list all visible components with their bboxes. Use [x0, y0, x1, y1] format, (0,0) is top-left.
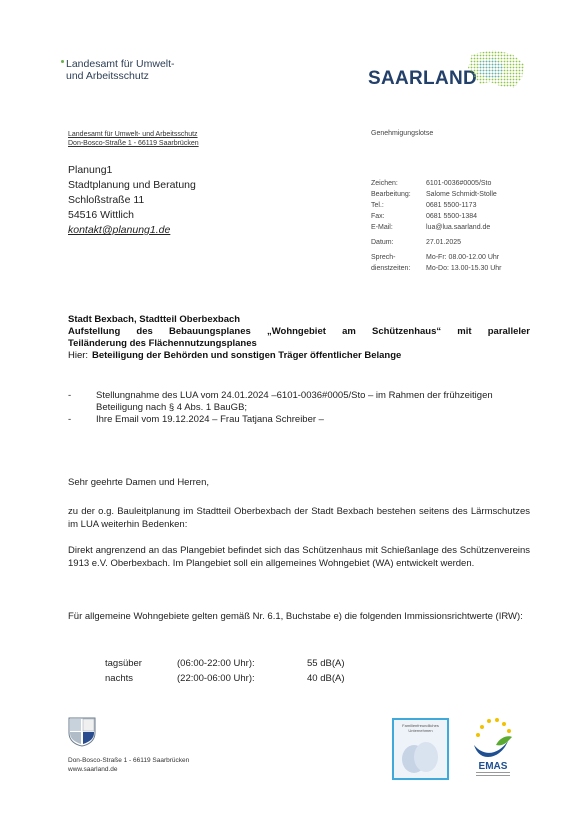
info-value: Mo-Fr: 08.00-12.00 Uhr: [426, 248, 501, 263]
info-label: Zeichen:: [371, 178, 426, 189]
subject-line-2: Aufstellung des Bebauungsplanes „Wohngeb…: [68, 326, 530, 338]
logo-dot-icon: [61, 60, 64, 63]
reference-item: - Ihre Email vom 19.12.2024 – Frau Tatja…: [68, 414, 530, 426]
info-label: Datum:: [371, 233, 426, 248]
recipient-line: Planung1: [68, 163, 196, 178]
info-value: 0681 5500-1384: [426, 211, 501, 222]
info-value: 27.01.2025: [426, 233, 501, 248]
limit-period: tagsüber: [105, 657, 175, 670]
reference-text: Stellungnahme des LUA vom 24.01.2024 –61…: [96, 390, 530, 414]
recipient-address: Planung1 Stadtplanung und Beratung Schlo…: [68, 163, 196, 238]
sender-return-address: Landesamt für Umwelt- und Arbeitsschutz …: [68, 130, 199, 148]
contact-info-block: Zeichen:6101-0036#0005/Sto Bearbeitung:S…: [371, 178, 501, 274]
info-label: Sprech-: [371, 248, 426, 263]
footer-website-link[interactable]: www.saarland.de: [68, 765, 189, 774]
footer-street: Don-Bosco-Straße 1 - 66119 Saarbrücken: [68, 756, 189, 765]
info-row: Tel.:0681 5500-1173: [371, 200, 501, 211]
info-label: E-Mail:: [371, 222, 426, 233]
faces-silhouette-icon: [394, 733, 447, 773]
body-paragraph-3: Für allgemeine Wohngebiete gelten gemäß …: [68, 611, 530, 624]
info-row: Datum:27.01.2025: [371, 233, 501, 248]
reference-label: Genehmigungslotse: [371, 130, 433, 137]
info-label: Fax:: [371, 211, 426, 222]
recipient-email-link[interactable]: kontakt@planung1.de: [68, 223, 196, 238]
info-label: dienstzeiten:: [371, 263, 426, 274]
limit-row: nachts (22:00-06:00 Uhr): 40 dB(A): [105, 672, 345, 685]
limit-period: nachts: [105, 672, 175, 685]
family-friendly-company-logo: Familienfreundliches Unternehmen: [392, 718, 449, 780]
subject-hier-line: Hier:Beteiligung der Behörden und sonsti…: [68, 350, 530, 362]
info-row: Zeichen:6101-0036#0005/Sto: [371, 178, 501, 189]
reference-item: - Stellungnahme des LUA vom 24.01.2024 –…: [68, 390, 530, 414]
footer-address: Don-Bosco-Straße 1 - 66119 Saarbrücken w…: [68, 756, 189, 774]
subject-line-1: Stadt Bexbach, Stadtteil Oberbexbach: [68, 314, 530, 326]
recipient-line: 54516 Wittlich: [68, 208, 196, 223]
limit-value: 40 dB(A): [307, 672, 345, 685]
limit-value: 55 dB(A): [307, 657, 345, 670]
sender-line-2: Don-Bosco-Straße 1 - 66119 Saarbrücken: [68, 139, 199, 148]
coat-of-arms-icon: [68, 717, 96, 747]
info-row: dienstzeiten:Mo-Do: 13.00-15.30 Uhr: [371, 263, 501, 274]
emas-stars-wave-icon: EMAS: [468, 715, 518, 781]
saarland-map-icon: [464, 48, 528, 90]
info-value: Salome Schmidt-Stolle: [426, 189, 501, 200]
info-value: 0681 5500-1173: [426, 200, 501, 211]
reference-text: Ihre Email vom 19.12.2024 – Frau Tatjana…: [96, 414, 530, 426]
salutation: Sehr geehrte Damen und Herren,: [68, 477, 530, 490]
limit-time: (06:00-22:00 Uhr):: [177, 657, 305, 670]
hier-text: Beteiligung der Behörden und sonstigen T…: [92, 350, 401, 361]
authority-logo-line2: und Arbeitsschutz: [66, 70, 175, 82]
noise-limits-table: tagsüber (06:00-22:00 Uhr): 55 dB(A) nac…: [103, 655, 347, 687]
limit-row: tagsüber (06:00-22:00 Uhr): 55 dB(A): [105, 657, 345, 670]
saarland-logo-text: SAARLAND: [368, 68, 477, 90]
info-value: Mo-Do: 13.00-15.30 Uhr: [426, 263, 501, 274]
recipient-line: Schloßstraße 11: [68, 193, 196, 208]
recipient-line: Stadtplanung und Beratung: [68, 178, 196, 193]
info-row: Bearbeitung:Salome Schmidt-Stolle: [371, 189, 501, 200]
authority-logo-line1: Landesamt für Umwelt-: [66, 58, 175, 70]
hier-label: Hier:: [68, 350, 92, 362]
limit-time: (22:00-06:00 Uhr):: [177, 672, 305, 685]
info-value: 6101-0036#0005/Sto: [426, 178, 501, 189]
info-value[interactable]: lua@lua.saarland.de: [426, 222, 501, 233]
body-paragraph-2: Direkt angrenzend an das Plangebiet befi…: [68, 545, 530, 570]
emas-logo: EMAS: [468, 715, 518, 781]
reference-list: - Stellungnahme des LUA vom 24.01.2024 –…: [68, 390, 530, 426]
letter-subject: Stadt Bexbach, Stadtteil Oberbexbach Auf…: [68, 314, 530, 362]
info-label: Bearbeitung:: [371, 189, 426, 200]
sender-line-1: Landesamt für Umwelt- und Arbeitsschutz: [68, 130, 199, 139]
authority-logo: Landesamt für Umwelt- und Arbeitsschutz: [66, 58, 175, 82]
body-paragraph-1: zu der o.g. Bauleitplanung im Stadtteil …: [68, 506, 530, 531]
bullet: -: [68, 390, 96, 414]
info-row: E-Mail:lua@lua.saarland.de: [371, 222, 501, 233]
info-label: Tel.:: [371, 200, 426, 211]
info-row: Fax:0681 5500-1384: [371, 211, 501, 222]
svg-text:EMAS: EMAS: [479, 761, 508, 772]
info-row: Sprech-Mo-Fr: 08.00-12.00 Uhr: [371, 248, 501, 263]
subject-line-3: Teiländerung des Flächennutzungsplanes: [68, 338, 530, 350]
saarland-logo: SAARLAND: [368, 46, 538, 96]
bullet: -: [68, 414, 96, 426]
family-logo-text: Familienfreundliches Unternehmen: [394, 723, 447, 733]
